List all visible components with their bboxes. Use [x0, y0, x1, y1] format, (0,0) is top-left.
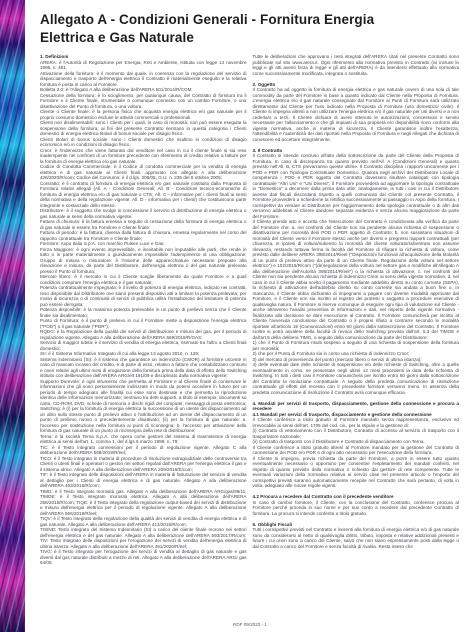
paragraph: ARERA: è l'Autorità di Regolazione per E… — [40, 60, 247, 71]
decorative-wave-image — [0, 0, 25, 632]
document-title-line1: Allegato A - Condizioni Generali - Forni… — [40, 11, 460, 29]
paragraph: TIQV: è il Testo integrato della regolaz… — [40, 516, 247, 527]
paragraph: RQDG: è la Regolazione della qualità dei… — [40, 329, 247, 340]
page-footer: RDF 09/2023 - 1 — [40, 622, 460, 627]
paragraph: TISIND: Testo integrato del Sistema Inde… — [40, 527, 247, 549]
paragraph: Il Contratto ha ad oggetto la fornitura … — [253, 87, 460, 142]
section-heading: 4. Mandati per servizi di trasporto, dis… — [253, 401, 460, 412]
paragraph: Cmor: è l'indennizzo che viene fatturato… — [40, 148, 247, 165]
paragraph: Codice di Condotta Commerciale: è il Cod… — [40, 164, 247, 181]
paragraph: TICO: è il Testo integrato in materia di… — [40, 456, 247, 473]
paragraph: Sistema indennitario (SI): è il sistema … — [40, 357, 247, 379]
paragraph: Tutti i corrispettivi previsti nel Contr… — [253, 527, 460, 549]
page-content: Allegato A - Condizioni Generali - Forni… — [40, 0, 460, 632]
paragraph: Supporto Durevole: è ogni strumento che … — [40, 379, 247, 434]
paragraph: Il Cliente conferisce a titolo gratuito … — [253, 417, 460, 428]
paragraph: Cliente o Cliente finale: è la persona f… — [40, 109, 247, 120]
paragraph: (i) Contratto di vettoriamento con il Di… — [253, 428, 460, 439]
paragraph: TIF: è il Testo integrato delle disposiz… — [40, 472, 247, 489]
paragraph: Cessazione della fornitura: è lo sciogli… — [40, 93, 247, 110]
two-column-text: 1. DefinizioniARERA: è l'Autorità di Reg… — [40, 54, 459, 614]
document-title: Allegato A - Condizioni Generali - Forni… — [40, 11, 460, 47]
paragraph: 1) che il Punto di Fornitura risulti sos… — [253, 340, 460, 351]
paragraph: Clienti non disalimentabili: sono i Clie… — [40, 120, 247, 137]
paragraph: Servizio di maggior tutela: è il servizi… — [40, 340, 247, 351]
paragraph: Mercato libero: è il mercato in cui il C… — [40, 274, 247, 285]
paragraph: Potenza contrattualmente impegnata: è il… — [40, 285, 247, 307]
document-title-line2: Elettrica e Gas Naturale — [40, 29, 460, 47]
column-right: Tutte le deliberazioni che approvano i t… — [253, 54, 460, 614]
paragraph: Il Contratto si intende concluso all'att… — [253, 153, 460, 219]
paragraph: 4) delle eventuali date delle richieste … — [253, 362, 460, 395]
column-left: 1. DefinizioniARERA: è l'Autorità di Reg… — [40, 54, 247, 614]
paragraph: Forza Maggiore: è ogni evento imprevedib… — [40, 247, 247, 275]
paragraph: TIVG: è il Testo integrato per l'erogazi… — [40, 549, 247, 566]
paragraph: Potenza disponibile: è la massima potenz… — [40, 307, 247, 318]
paragraph: Attivazione della fornitura: è il moment… — [40, 71, 247, 88]
paragraph: Il Cliente si impegna, previa richiesta … — [253, 456, 460, 489]
paragraph: Il Cliente prende atto e accetta che l'e… — [253, 219, 460, 340]
paragraph: Il Cliente conferisce a titolo gratuito … — [253, 445, 460, 456]
paragraph: Contratto: è il contratto di fornitura d… — [40, 181, 247, 209]
paragraph: In caso di cambio fornitore, il Cliente,… — [253, 500, 460, 517]
paragraph: Punto di Fornitura: è il punto di prelie… — [40, 318, 247, 329]
paragraph: Clienti titolari di bonus sociale: sono … — [40, 137, 247, 148]
paragraph: TIC: è il Testo integrato connessioni pe… — [40, 445, 247, 456]
paragraph: TIMG: è il Testo integrato morosità gas.… — [40, 489, 247, 517]
paragraph: Fattura di periodo: è la fattura, divers… — [40, 230, 247, 241]
paragraph: Tutte le deliberazioni che approvano i t… — [253, 54, 460, 76]
paragraph: Distributore: è il soggetto che svolge i… — [40, 208, 247, 219]
paragraph: Fattura di chiusura: è la fattura emessa… — [40, 219, 247, 230]
contract-document-page: Allegato A - Condizioni Generali - Forni… — [0, 0, 474, 632]
paragraph: Terna: è la società Terna S.p.A. che ope… — [40, 434, 247, 445]
